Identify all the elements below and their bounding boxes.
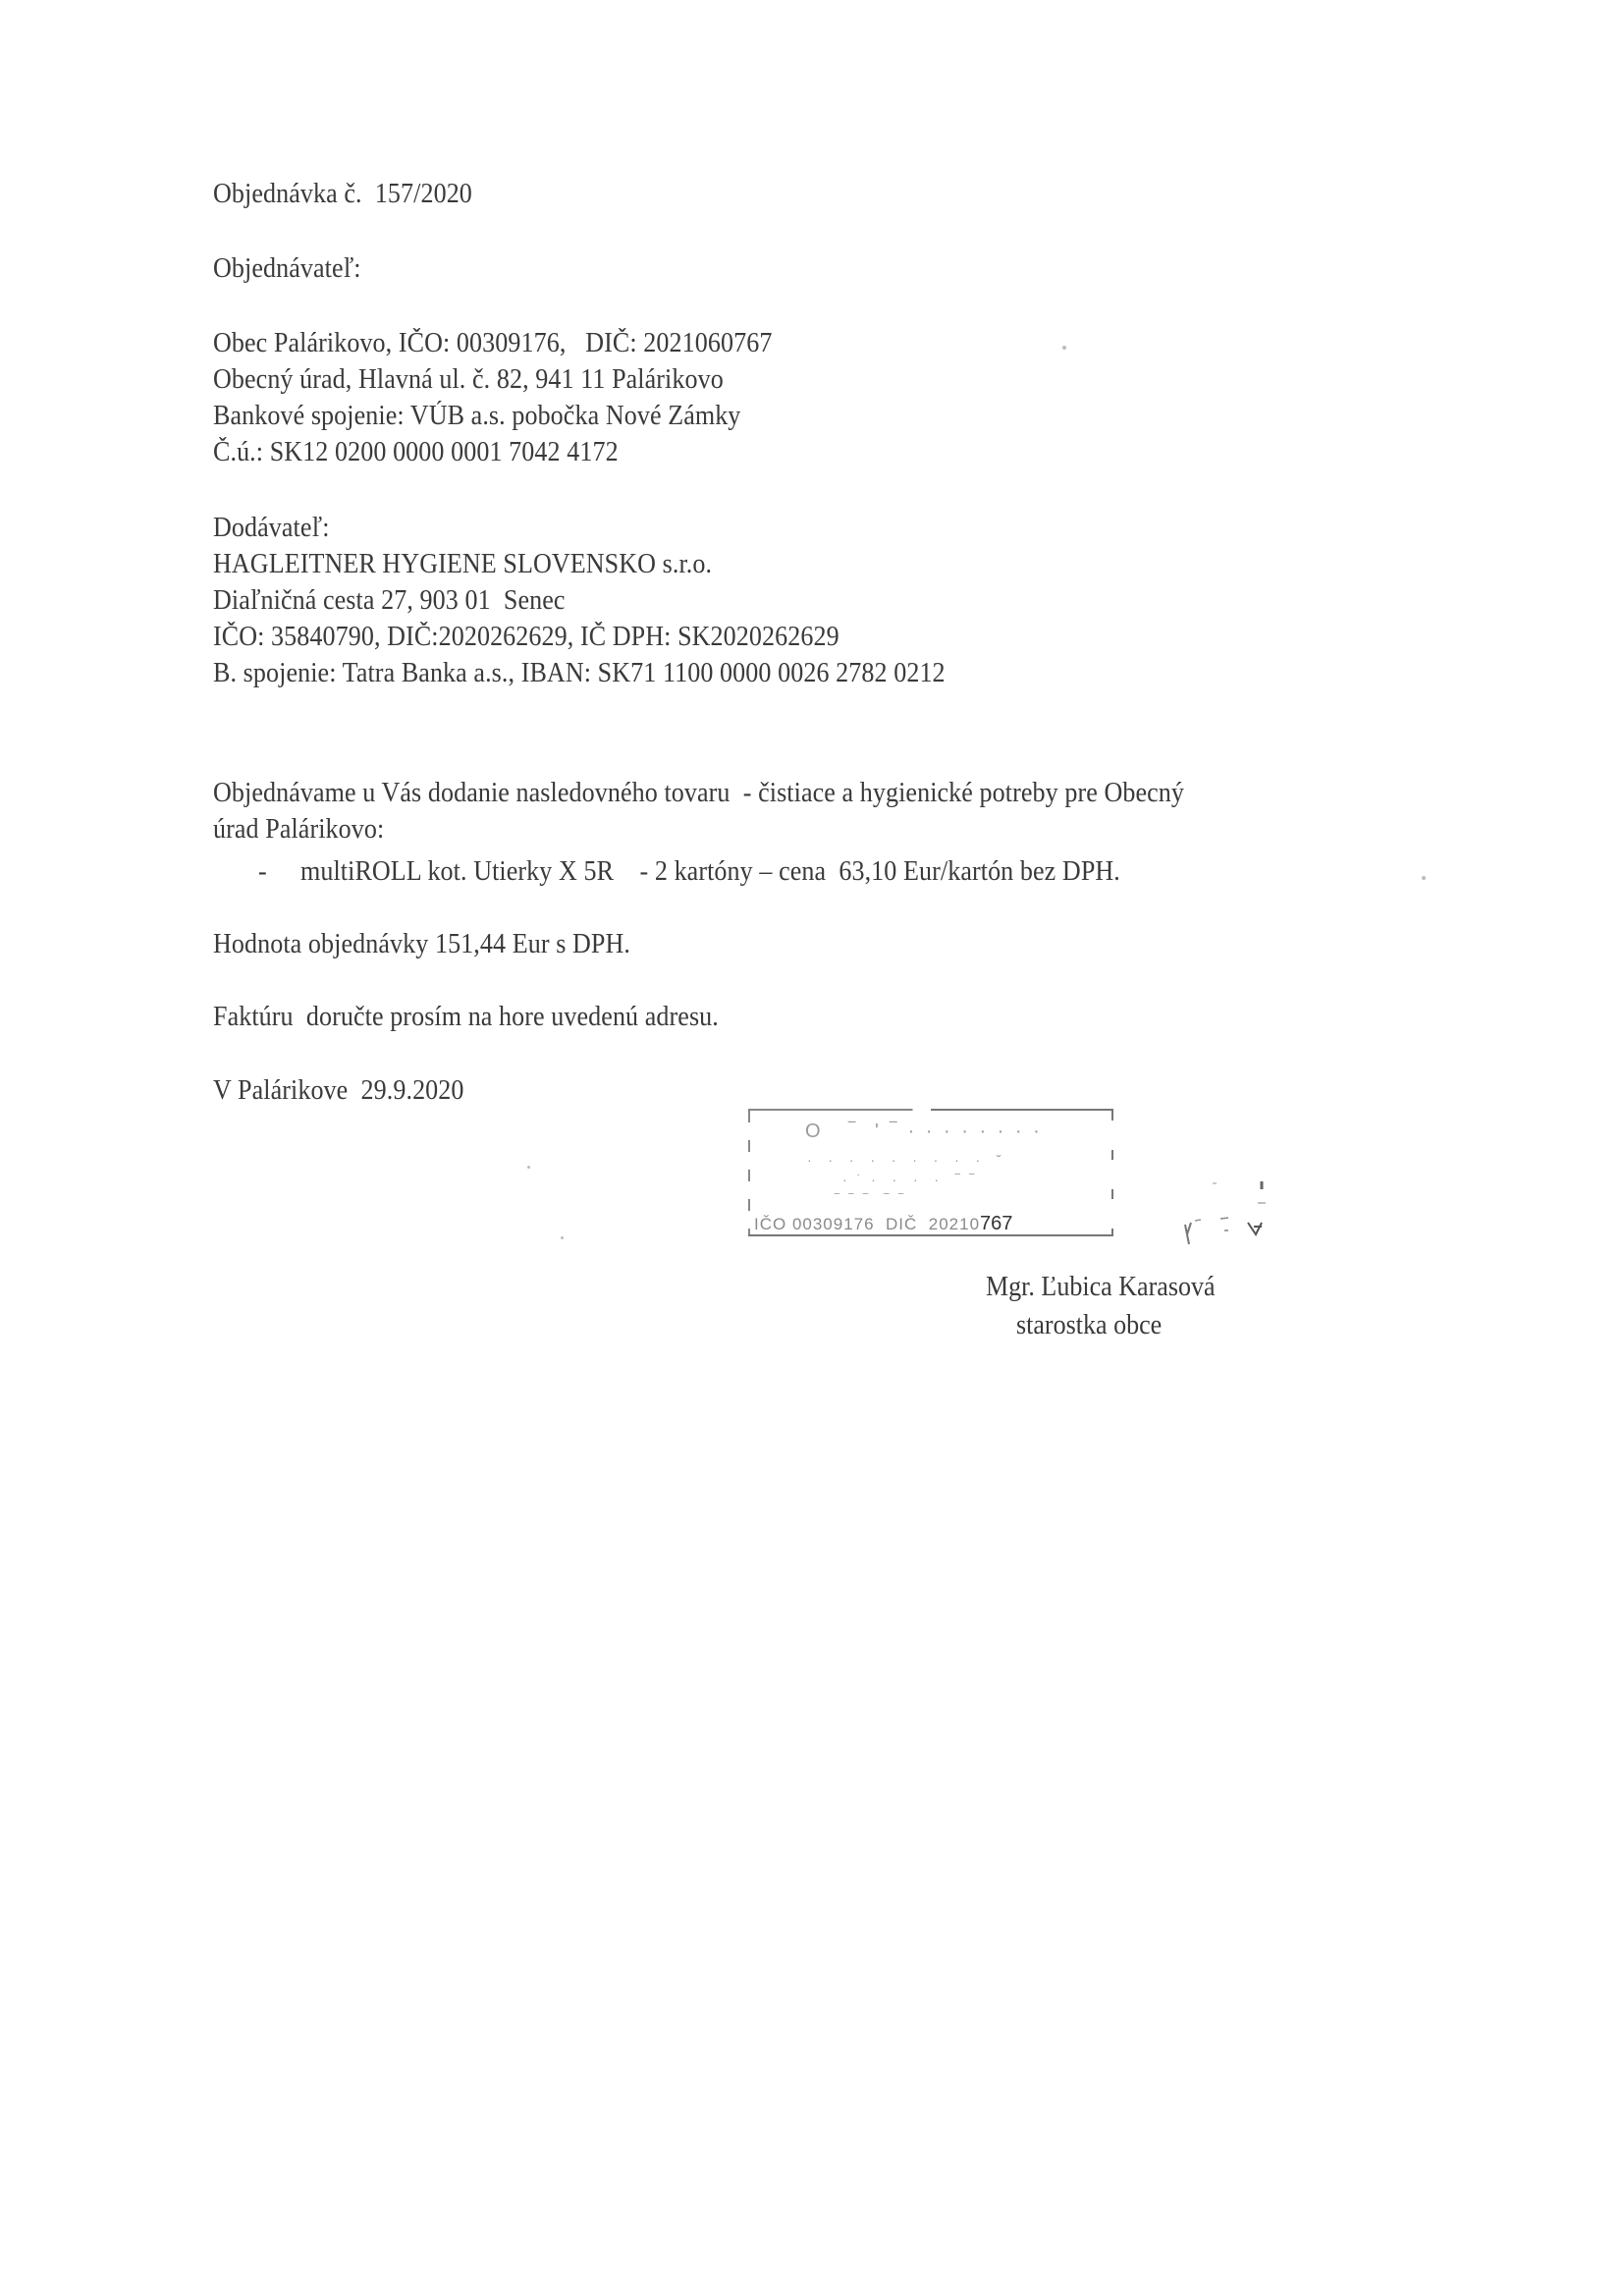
supplier-label: Dodávateľ:: [213, 511, 330, 546]
stamp-faint-row-3: · ˙ · · · · ‾ ‾: [842, 1172, 977, 1187]
order-total: Hodnota objednávky 151,44 Eur s DPH.: [213, 927, 630, 962]
stamp-faint-row-2: · · · · · · · · · ˘: [807, 1152, 1004, 1168]
handwritten-signature: [1173, 1174, 1301, 1252]
stamp-border-right: [1111, 1111, 1113, 1236]
stamp-border-top: [748, 1109, 1113, 1111]
stamp-id-visible: 767: [980, 1213, 1012, 1234]
signatory-title: starostka obce: [1016, 1308, 1162, 1343]
item-text: multiROLL kot. Utierky X 5R - 2 kartóny …: [300, 854, 1120, 890]
scan-speck: [1422, 876, 1426, 880]
request-line-2: úrad Palárikovo:: [213, 812, 384, 847]
stamp-border-left: [748, 1111, 750, 1236]
orderer-line-3: Bankové spojenie: VÚB a.s. pobočka Nové …: [213, 399, 740, 434]
item-bullet: -: [258, 854, 267, 890]
supplier-line-1: HAGLEITNER HYGIENE SLOVENSKO s.r.o.: [213, 547, 712, 582]
place-date: V Palárikove 29.9.2020: [213, 1073, 464, 1109]
official-stamp: O ‾ ' ‾ · · · · · · · · · · · · · · · · …: [748, 1101, 1113, 1238]
orderer-line-4: Č.ú.: SK12 0200 0000 0001 7042 4172: [213, 435, 619, 470]
stamp-id-faint: IČO 00309176 DIČ 20210: [754, 1215, 980, 1233]
invoice-note: Faktúru doručte prosím na hore uvedenú a…: [213, 1000, 719, 1035]
request-line-1: Objednávame u Vás dodanie nasledovného t…: [213, 776, 1184, 811]
supplier-line-3: IČO: 35840790, DIČ:2020262629, IČ DPH: S…: [213, 620, 839, 655]
order-title: Objednávka č. 157/2020: [213, 177, 472, 212]
orderer-label: Objednávateľ:: [213, 251, 361, 287]
stamp-faint-row-4: ‾ ‾ ‾ ‾ ‾: [835, 1191, 906, 1207]
supplier-line-2: Diaľničná cesta 27, 903 01 Senec: [213, 583, 566, 619]
scan-speck: [527, 1166, 530, 1169]
scan-speck: [561, 1236, 564, 1239]
signatory-name: Mgr. Ľubica Karasová: [986, 1270, 1216, 1305]
orderer-line-2: Obecný úrad, Hlavná ul. č. 82, 941 11 Pa…: [213, 362, 724, 398]
stamp-id-text: IČO 00309176 DIČ 20210767: [754, 1213, 1012, 1235]
scan-speck: [1062, 346, 1066, 350]
stamp-faint-row-1: O ‾ ' ‾ · · · · · · · ·: [805, 1121, 1043, 1143]
orderer-line-1: Obec Palárikovo, IČO: 00309176, DIČ: 202…: [213, 326, 772, 361]
supplier-line-4: B. spojenie: Tatra Banka a.s., IBAN: SK7…: [213, 656, 946, 691]
